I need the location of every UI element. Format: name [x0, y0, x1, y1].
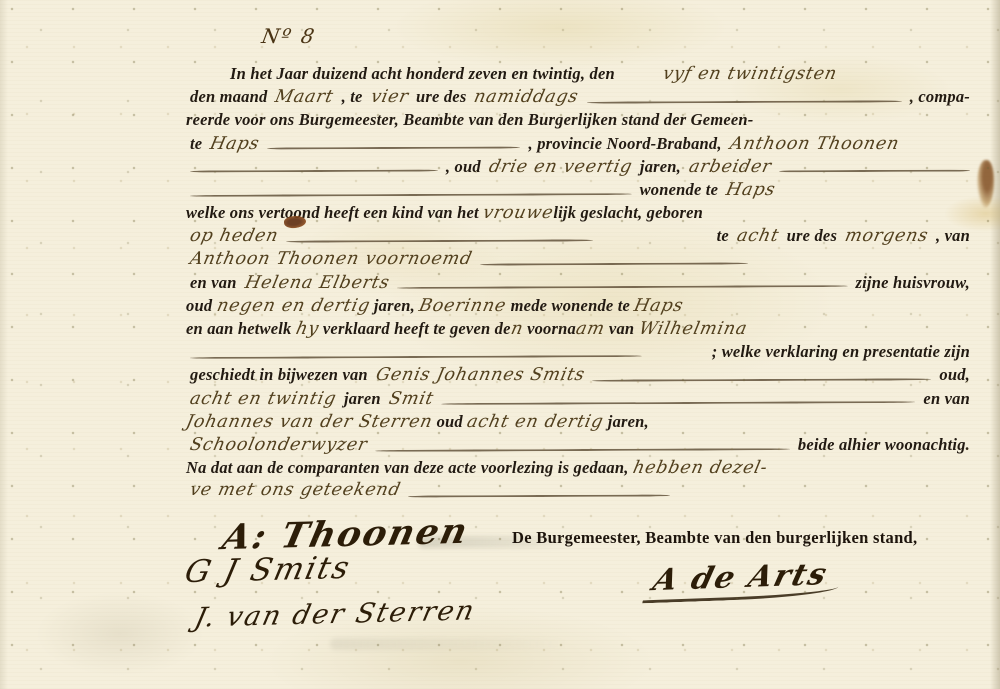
handwritten-text: Schoolonderwyzer: [188, 434, 370, 457]
document-line: wonende teHaps: [186, 178, 974, 201]
document-line: In het Jaar duizend acht honderd zeven e…: [186, 62, 974, 85]
rule-line: [190, 193, 632, 197]
printed-text: , compa-: [910, 85, 970, 108]
printed-text: ure des: [416, 85, 466, 108]
handwritten-text: Helena Elberts: [242, 272, 391, 295]
handwritten-text: Anthoon Thoonen: [727, 133, 901, 156]
printed-text: en van: [923, 387, 970, 410]
printed-text: den maand: [190, 85, 267, 108]
printed-text: ; welke verklaring en presentatie zijn: [712, 340, 970, 363]
document-line: geschiedt in bijwezen vanGenis Johannes …: [186, 363, 974, 386]
printed-text: In het Jaar duizend acht honderd zeven e…: [230, 64, 619, 83]
signature-witness-2: J. van der Sterren: [192, 595, 479, 633]
rule-line: [408, 494, 670, 497]
printed-text: oud,: [939, 363, 970, 386]
handwritten-text: vrouwe: [481, 202, 556, 225]
handwritten-text: Haps: [208, 133, 262, 156]
rule-line: [441, 401, 915, 405]
document-line: reerde voor ons Burgemeester, Beambte va…: [186, 108, 974, 131]
edge-ink-smudge: [977, 160, 994, 208]
printed-text: , provincie Noord-Braband,: [529, 132, 722, 155]
signature-burgemeester: A de Arts: [642, 557, 846, 604]
printed-text: jaren: [344, 387, 381, 410]
document-line: den maandMaart, tevierure desnamiddags, …: [186, 85, 974, 108]
printed-text: te: [717, 224, 729, 247]
rule-line: [592, 378, 931, 381]
handwritten-text: Haps: [724, 179, 778, 202]
handwritten-text: am: [573, 318, 607, 341]
printed-text: zijne huisvrouw,: [856, 271, 970, 294]
handwritten-text: vyf en twintigsten: [617, 63, 840, 86]
handwritten-text: Smit: [386, 388, 435, 411]
handwritten-text: vier: [368, 86, 410, 109]
handwritten-text: Johannes van der Sterren: [184, 411, 435, 434]
document-line: Anthoon Thoonen voornoemd: [186, 248, 974, 271]
act-number: Nº 8: [260, 24, 318, 48]
printed-text: reerde voor ons Burgemeester, Beambte va…: [186, 110, 753, 129]
printed-text: wonende te: [640, 178, 719, 201]
handwritten-text: negen en dertig: [214, 295, 372, 318]
document-line: Na dat aan de comparanten van deze acte …: [186, 456, 974, 479]
handwritten-text: Wilhelmina: [636, 318, 749, 341]
handwritten-text: drie en veertig: [486, 156, 634, 179]
handwritten-text: ve met ons geteekend: [188, 479, 403, 502]
printed-text: Na dat aan de comparanten van deze acte …: [186, 458, 633, 477]
rule-line: [286, 239, 593, 242]
rule-line: [190, 355, 642, 359]
handwritten-text: acht: [734, 225, 781, 248]
printed-text: ure des: [787, 224, 837, 247]
rule-line: [397, 285, 848, 289]
printed-text: , oud: [446, 155, 481, 178]
document-line: Schoolonderwyzerbeide alhier woonachtig.: [186, 433, 974, 456]
handwritten-text: arbeider: [687, 156, 774, 179]
rule-line: [375, 448, 790, 452]
handwritten-text: Maart: [273, 86, 336, 109]
printed-text: , te: [342, 85, 363, 108]
printed-text: , van: [936, 224, 970, 247]
document-line: en aan hetwelk hy verklaard heeft te gev…: [186, 317, 974, 340]
printed-text: beide alhier woonachtig.: [798, 433, 970, 456]
officiant-title: De Burgemeester, Beambte van den burgerl…: [512, 528, 917, 548]
rule-line: [779, 170, 970, 173]
document-line: op hedenteachture desmorgens, van: [186, 224, 974, 247]
handwritten-text: Anthoon Thoonen voornoemd: [188, 248, 475, 271]
printed-text: en van: [190, 271, 237, 294]
printed-text: te: [190, 132, 202, 155]
document-lines: In het Jaar duizend acht honderd zeven e…: [186, 62, 974, 503]
handwritten-text: Haps: [632, 295, 686, 318]
document-line: teHaps, provincie Noord-Braband,Anthoon …: [186, 132, 974, 155]
printed-text: geschiedt in bijwezen van: [190, 363, 368, 386]
printed-text: en aan hetwelk: [186, 319, 296, 338]
document-line: ; welke verklaring en presentatie zijn: [186, 340, 974, 363]
printed-text: mede wonende te: [506, 296, 634, 315]
handwritten-text: op heden: [188, 225, 281, 248]
handwritten-text: namiddags: [472, 86, 581, 109]
printed-text: oud: [432, 412, 467, 431]
document-line: Johannes van der Sterren oud acht en der…: [186, 410, 974, 433]
printed-text: van: [605, 319, 639, 338]
document-line: , ouddrie en veertigjaren,arbeider: [186, 155, 974, 178]
printed-text: voorna: [523, 319, 576, 338]
handwritten-text: morgens: [843, 225, 931, 248]
handwritten-text: Boerinne: [417, 295, 509, 318]
printed-text: oud: [186, 296, 217, 315]
signature-witness-1: G J Smits: [181, 550, 354, 590]
rule-line: [267, 147, 520, 150]
printed-text: verklaard heeft te geven de: [319, 319, 511, 338]
document-line: oud negen en dertig jaren, Boerinne mede…: [186, 294, 974, 317]
rule-line: [480, 263, 748, 266]
rule-line: [190, 170, 438, 173]
handwritten-text: acht en dertig: [465, 411, 606, 434]
document-line: acht en twintigjarenSmiten van: [186, 387, 974, 410]
handwritten-text: hy: [293, 318, 321, 341]
handwritten-text: Genis Johannes Smits: [373, 364, 587, 387]
handwritten-text: hebben dezel-: [630, 457, 769, 480]
document-line: en vanHelena Elbertszijne huisvrouw,: [186, 271, 974, 294]
handwritten-text: acht en twintig: [188, 388, 339, 411]
rule-line: [587, 100, 902, 103]
printed-text: jaren,: [640, 155, 681, 178]
document-line: ve met ons geteekend: [186, 479, 974, 502]
printed-text: jaren,: [603, 412, 648, 431]
printed-text: jaren,: [370, 296, 420, 315]
scanned-document-page: Nº 8 In het Jaar duizend acht honderd ze…: [0, 0, 1000, 689]
ink-bleedthrough: [330, 638, 570, 650]
printed-text: welke ons vertoond heeft een kind van he…: [186, 203, 483, 222]
printed-text: lijk geslacht, geboren: [553, 203, 703, 222]
